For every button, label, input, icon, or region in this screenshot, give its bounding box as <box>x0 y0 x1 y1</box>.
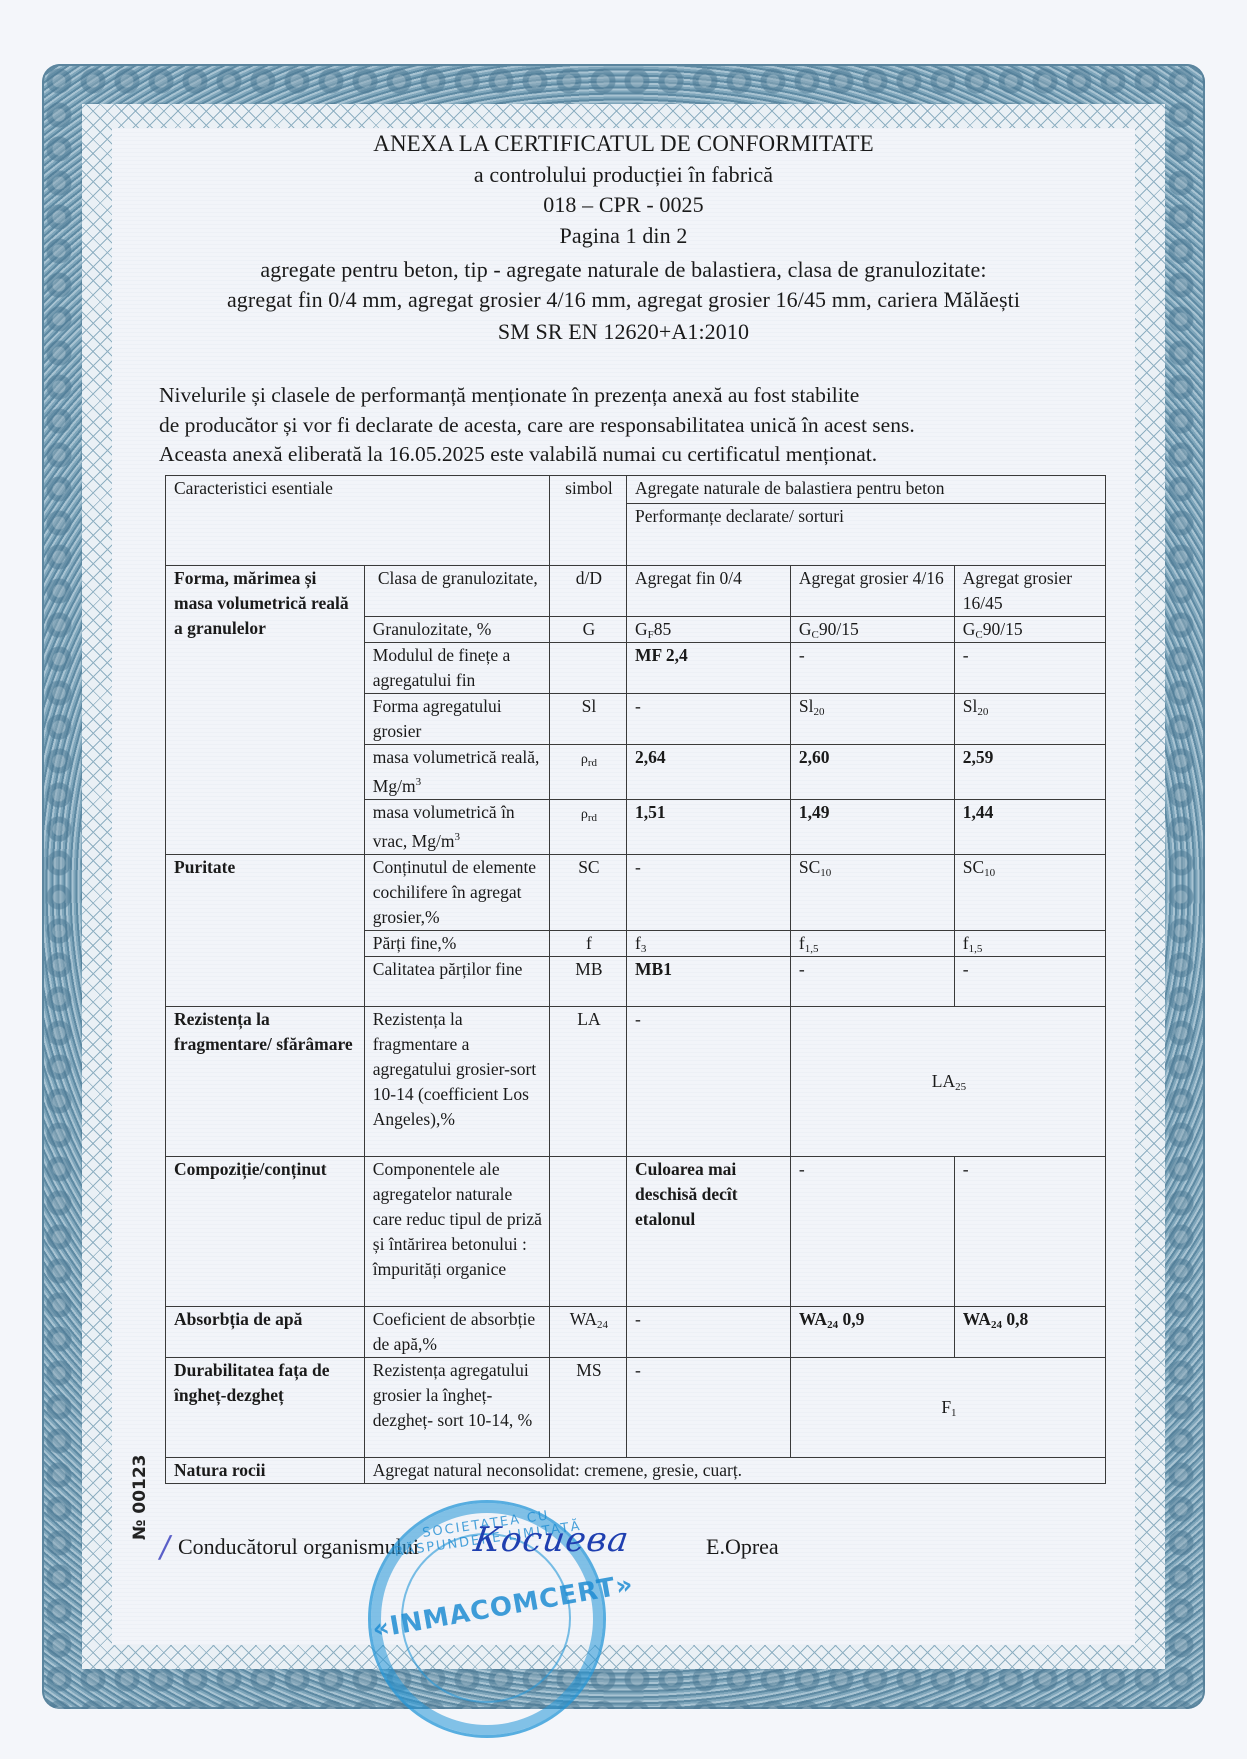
row-label: Rezistența agregatului grosier la îngheț… <box>364 1357 549 1457</box>
cell-v2: - <box>790 956 954 1006</box>
cell-v3: GC90/15 <box>954 617 1105 643</box>
cell-v3: WA24 0,8 <box>954 1306 1105 1357</box>
document-title: ANEXA LA CERTIFICATUL DE CONFORMITATE <box>0 130 1247 158</box>
section-composition: Compoziție/conținut <box>166 1156 365 1306</box>
product-description-line1: agregate pentru beton, tip - agregate na… <box>0 256 1247 284</box>
row-symbol <box>549 643 626 694</box>
row-label: Forma agregatului grosier <box>364 694 549 745</box>
handwritten-signature: Косиева <box>471 1520 632 1560</box>
cell-v2: - <box>790 1156 954 1306</box>
row-symbol: G <box>549 617 626 643</box>
cell-v1: 1,51 <box>627 799 791 854</box>
row-label: Coeficient de absorbție de apă,% <box>364 1306 549 1357</box>
cell-v2: Sl20 <box>790 694 954 745</box>
cell-v1: Culoarea mai deschisă decît etalonul <box>627 1156 791 1306</box>
cell-v1: 2,64 <box>627 745 791 800</box>
row-symbol: SC <box>549 854 626 930</box>
header-group-title: Agregate naturale de balastiera pentru b… <box>627 476 1106 504</box>
table-row: Absorbția de apă Coeficient de absorbție… <box>166 1306 1106 1357</box>
product-description-line2: agregat fin 0/4 mm, agregat grosier 4/16… <box>0 286 1247 314</box>
cell-v2: - <box>790 643 954 694</box>
intro-line: Nivelurile și clasele de performanță men… <box>159 381 1059 411</box>
cell-v1: - <box>627 694 791 745</box>
row-symbol: d/D <box>549 566 626 617</box>
header-characteristics: Caracteristici esentiale <box>166 476 550 566</box>
table-row: Durabilitatea fața de îngheț-dezgheț Rez… <box>166 1357 1106 1457</box>
section-fragmentation: Rezistența la fragmentare/ sfărâmare <box>166 1006 365 1156</box>
row-label: Modulul de finețe a agregatului fin <box>364 643 549 694</box>
cell-v1: - <box>627 854 791 930</box>
table-row: Compoziție/conținut Componentele ale agr… <box>166 1156 1106 1306</box>
cell-v2: 1,49 <box>790 799 954 854</box>
cell-v2: 2,60 <box>790 745 954 800</box>
performance-table: Caracteristici esentiale simbol Agregate… <box>165 475 1106 1484</box>
intro-line: de producător și vor fi declarate de ace… <box>159 411 1059 441</box>
row-label: Clasa de granulozitate, <box>364 566 549 617</box>
header-group-subtitle: Performanțe declarate/ sorturi <box>627 504 1106 566</box>
section-rock: Natura rocii <box>166 1457 365 1483</box>
row-label: Componentele ale agregatelor naturale ca… <box>364 1156 549 1306</box>
row-symbol: ρrd <box>549 745 626 800</box>
cell-v3: 2,59 <box>954 745 1105 800</box>
cell-v3: - <box>954 956 1105 1006</box>
certificate-code: 018 – CPR - 0025 <box>0 191 1247 219</box>
cell-v23: F1 <box>790 1357 1105 1457</box>
page-number: Pagina 1 din 2 <box>0 222 1247 250</box>
cell-v2: f1,5 <box>790 930 954 956</box>
cell-v2: SC10 <box>790 854 954 930</box>
row-label: Părți fine,% <box>364 930 549 956</box>
cell-v3: 1,44 <box>954 799 1105 854</box>
table-header-row: Caracteristici esentiale simbol Agregate… <box>166 476 1106 504</box>
cell-v1: - <box>627 1006 791 1156</box>
header-symbol: simbol <box>549 476 626 566</box>
table-row: Forma, mărimea și masa volumetrică reală… <box>166 566 1106 617</box>
table-row: Puritate Conținutul de elemente cochilif… <box>166 854 1106 930</box>
row-symbol: Sl <box>549 694 626 745</box>
cell-v1: - <box>627 1306 791 1357</box>
row-symbol: f <box>549 930 626 956</box>
cell-v3: Sl20 <box>954 694 1105 745</box>
cell-v3: Agregat grosier 16/45 <box>954 566 1105 617</box>
row-symbol: MB <box>549 956 626 1006</box>
serial-number: № 00123 <box>130 1454 150 1540</box>
intro-paragraph: Nivelurile și clasele de performanță men… <box>159 381 1059 470</box>
standard-reference: SM SR EN 12620+A1:2010 <box>0 318 1247 346</box>
row-symbol: WA24 <box>549 1306 626 1357</box>
signatory-name: E.Oprea <box>706 1534 779 1560</box>
row-symbol <box>549 1156 626 1306</box>
section-purity: Puritate <box>166 854 365 1006</box>
cell-v3: f1,5 <box>954 930 1105 956</box>
section-durability: Durabilitatea fața de îngheț-dezgheț <box>166 1357 365 1457</box>
row-label: masa volumetrică în vrac, Mg/m3 <box>364 799 549 854</box>
table-row: Natura rocii Agregat natural neconsolida… <box>166 1457 1106 1483</box>
row-label: masa volumetrică reală, Mg/m3 <box>364 745 549 800</box>
cell-v1: Agregat fin 0/4 <box>627 566 791 617</box>
document-subtitle: a controlului producției în fabrică <box>0 161 1247 189</box>
cell-v1: - <box>627 1357 791 1457</box>
section-absorption: Absorbția de apă <box>166 1306 365 1357</box>
cell-v1: MB1 <box>627 956 791 1006</box>
row-symbol: MS <box>549 1357 626 1457</box>
row-symbol: LA <box>549 1006 626 1156</box>
table-row: Rezistența la fragmentare/ sfărâmare Rez… <box>166 1006 1106 1156</box>
cell-v2: Agregat grosier 4/16 <box>790 566 954 617</box>
cell-v1: f3 <box>627 930 791 956</box>
row-label: Rezistența la fragmentare a agregatului … <box>364 1006 549 1156</box>
row-symbol: ρrd <box>549 799 626 854</box>
row-label: Conținutul de elemente cochilifere în ag… <box>364 854 549 930</box>
section-form: Forma, mărimea și masa volumetrică reală… <box>166 566 365 855</box>
cell-v2: GC90/15 <box>790 617 954 643</box>
cell-v1: MF 2,4 <box>627 643 791 694</box>
cell-v3: - <box>954 643 1105 694</box>
cell-v1: GF85 <box>627 617 791 643</box>
intro-line: Aceasta anexă eliberată la 16.05.2025 es… <box>159 440 1059 470</box>
cell-v2: WA24 0,9 <box>790 1306 954 1357</box>
cell-v3: - <box>954 1156 1105 1306</box>
row-label: Granulozitate, % <box>364 617 549 643</box>
cell-v3: SC10 <box>954 854 1105 930</box>
cell-v23: LA25 <box>790 1006 1105 1156</box>
rock-nature-value: Agregat natural neconsolidat: cremene, g… <box>364 1457 1105 1483</box>
row-label: Calitatea părților fine <box>364 956 549 1006</box>
